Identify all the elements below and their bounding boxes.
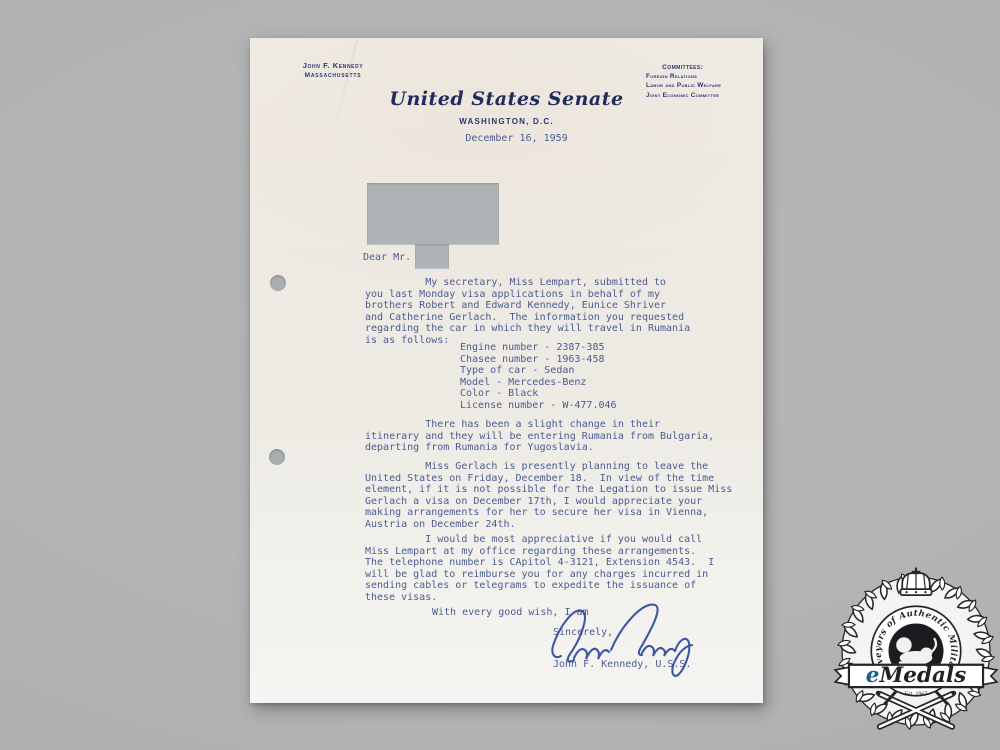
car-details-list: Engine number - 2387-385 Chasee number -… [460,342,617,412]
crown-icon [901,568,932,596]
photo-backdrop: { "scene": { "background_color": "#b1b2b… [0,0,1000,750]
redaction-cutout-main [367,183,499,245]
banner-ribbon: eMedals [835,663,997,688]
sender-name: John F. Kennedy [270,61,396,70]
letterhead-sender-block: John F. Kennedy Massachusetts [270,61,396,79]
punch-hole [270,275,286,291]
punch-hole [269,449,285,465]
letter-date: December 16, 1959 [260,133,773,145]
committee-item: Foreign Relations [646,73,750,80]
letterhead-city: WASHINGTON, D.C. [250,117,763,126]
letterhead-title: United States Senate [250,88,763,110]
emedals-brand-text: eMedals [866,663,966,688]
redaction-cutout-stem [415,244,449,269]
emblem-established: Est. 1967 [905,692,928,698]
salutation: Dear Mr. [363,252,411,264]
paragraph-1: My secretary, Miss Lempart, submitted to… [365,277,690,347]
letter-page: John F. Kennedy Massachusetts Committees… [250,38,763,703]
paragraph-4: I would be most appreciative if you woul… [365,534,714,604]
paragraph-3: Miss Gerlach is presently planning to le… [365,461,732,531]
handwritten-signature [545,598,695,683]
paragraph-2: There has been a slight change in their … [365,419,714,454]
committees-label: Committees: [646,64,750,71]
emedals-watermark: Purveyors of Authentic Militaria eMedals… [830,565,1000,737]
sender-state: Massachusetts [270,72,396,79]
